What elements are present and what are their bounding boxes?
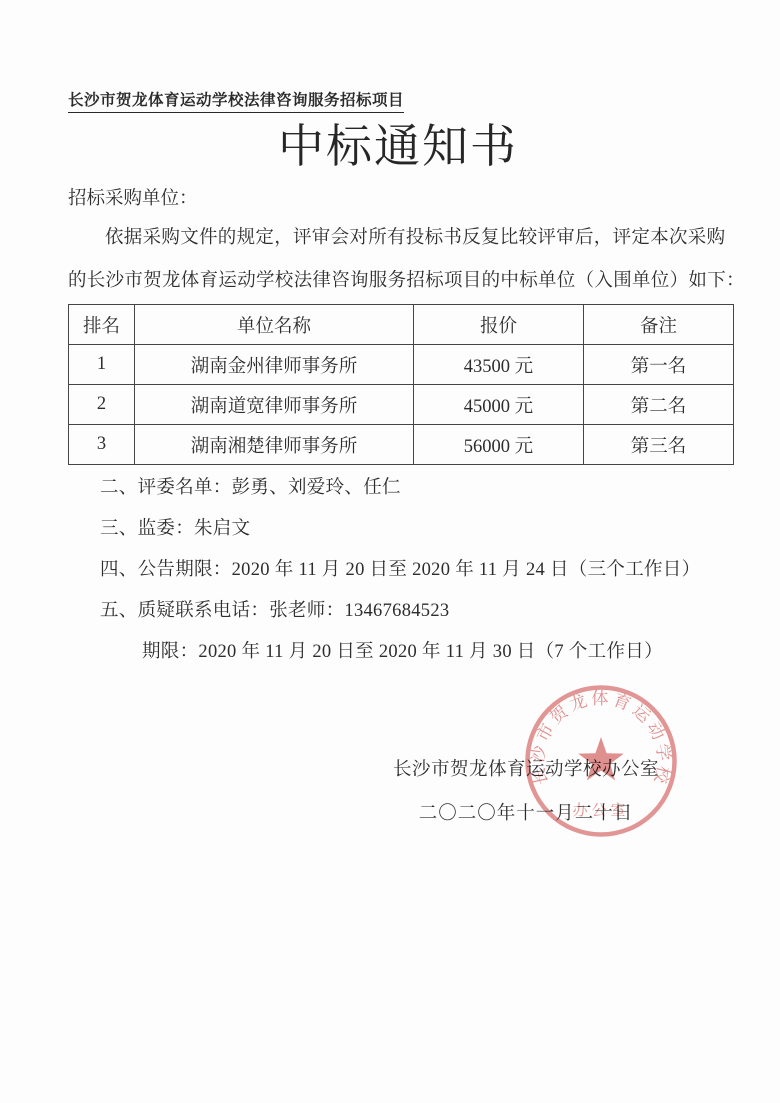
salutation: 招标采购单位： — [68, 181, 728, 217]
signature-date: 二〇二〇年十一月二十日 — [386, 802, 666, 826]
intro-paragraph-line-2: 的长沙市贺龙体育运动学校法律咨询服务招标项目的中标单位（入围单位）如下： — [68, 260, 728, 303]
price-cell: 43500 元 — [414, 345, 584, 385]
table-row: 1 湖南金州律师事务所 43500 元 第一名 — [69, 345, 734, 385]
bid-results-table: 排名 单位名称 报价 备注 1 湖南金州律师事务所 43500 元 第一名 2 … — [68, 304, 734, 465]
header-note: 备注 — [584, 305, 734, 345]
signature-org: 长沙市贺龙体育运动学校办公室 — [386, 758, 666, 782]
table-row: 3 湖南湘楚律师事务所 56000 元 第三名 — [69, 425, 734, 465]
note-cell: 第二名 — [584, 385, 734, 425]
document-title: 中标通知书 — [68, 117, 728, 177]
name-cell: 湖南金州律师事务所 — [135, 345, 414, 385]
price-cell: 45000 元 — [414, 385, 584, 425]
header-name: 单位名称 — [135, 305, 414, 345]
table-row: 2 湖南道宽律师事务所 45000 元 第二名 — [69, 385, 734, 425]
list-item-judges: 二、评委名单：彭勇、刘爱玲、任仁 — [68, 468, 728, 509]
rank-cell: 2 — [69, 385, 135, 425]
list-item-contact: 五、质疑联系电话：张老师：13467684523 — [68, 591, 728, 632]
rank-cell: 3 — [69, 425, 135, 465]
price-cell: 56000 元 — [414, 425, 584, 465]
list-item-notice-period: 四、公告期限：2020 年 11 月 20 日至 2020 年 11 月 24 … — [68, 550, 728, 591]
document-page: 长沙市贺龙体育运动学校法律咨询服务招标项目 中标通知书 招标采购单位： 依据采购… — [0, 0, 780, 1103]
header-rank: 排名 — [69, 305, 135, 345]
list-item-query-period: 期限：2020 年 11 月 20 日至 2020 年 11 月 30 日（7 … — [68, 632, 728, 673]
project-label: 长沙市贺龙体育运动学校法律咨询服务招标项目 — [68, 88, 404, 113]
name-cell: 湖南道宽律师事务所 — [135, 385, 414, 425]
note-cell: 第三名 — [584, 425, 734, 465]
signature-block: 长沙市贺龙体育运动学校办公室 二〇二〇年十一月二十日 — [386, 758, 666, 826]
intro-paragraph-line-1: 依据采购文件的规定，评审会对所有投标书反复比较评审后，评定本次采购 — [68, 217, 728, 260]
header-price: 报价 — [414, 305, 584, 345]
name-cell: 湖南湘楚律师事务所 — [135, 425, 414, 465]
rank-cell: 1 — [69, 345, 135, 385]
note-cell: 第一名 — [584, 345, 734, 385]
list-item-monitor: 三、监委：朱启文 — [68, 509, 728, 550]
numbered-items: 二、评委名单：彭勇、刘爱玲、任仁 三、监委：朱启文 四、公告期限：2020 年 … — [68, 468, 728, 673]
table-header-row: 排名 单位名称 报价 备注 — [69, 305, 734, 345]
